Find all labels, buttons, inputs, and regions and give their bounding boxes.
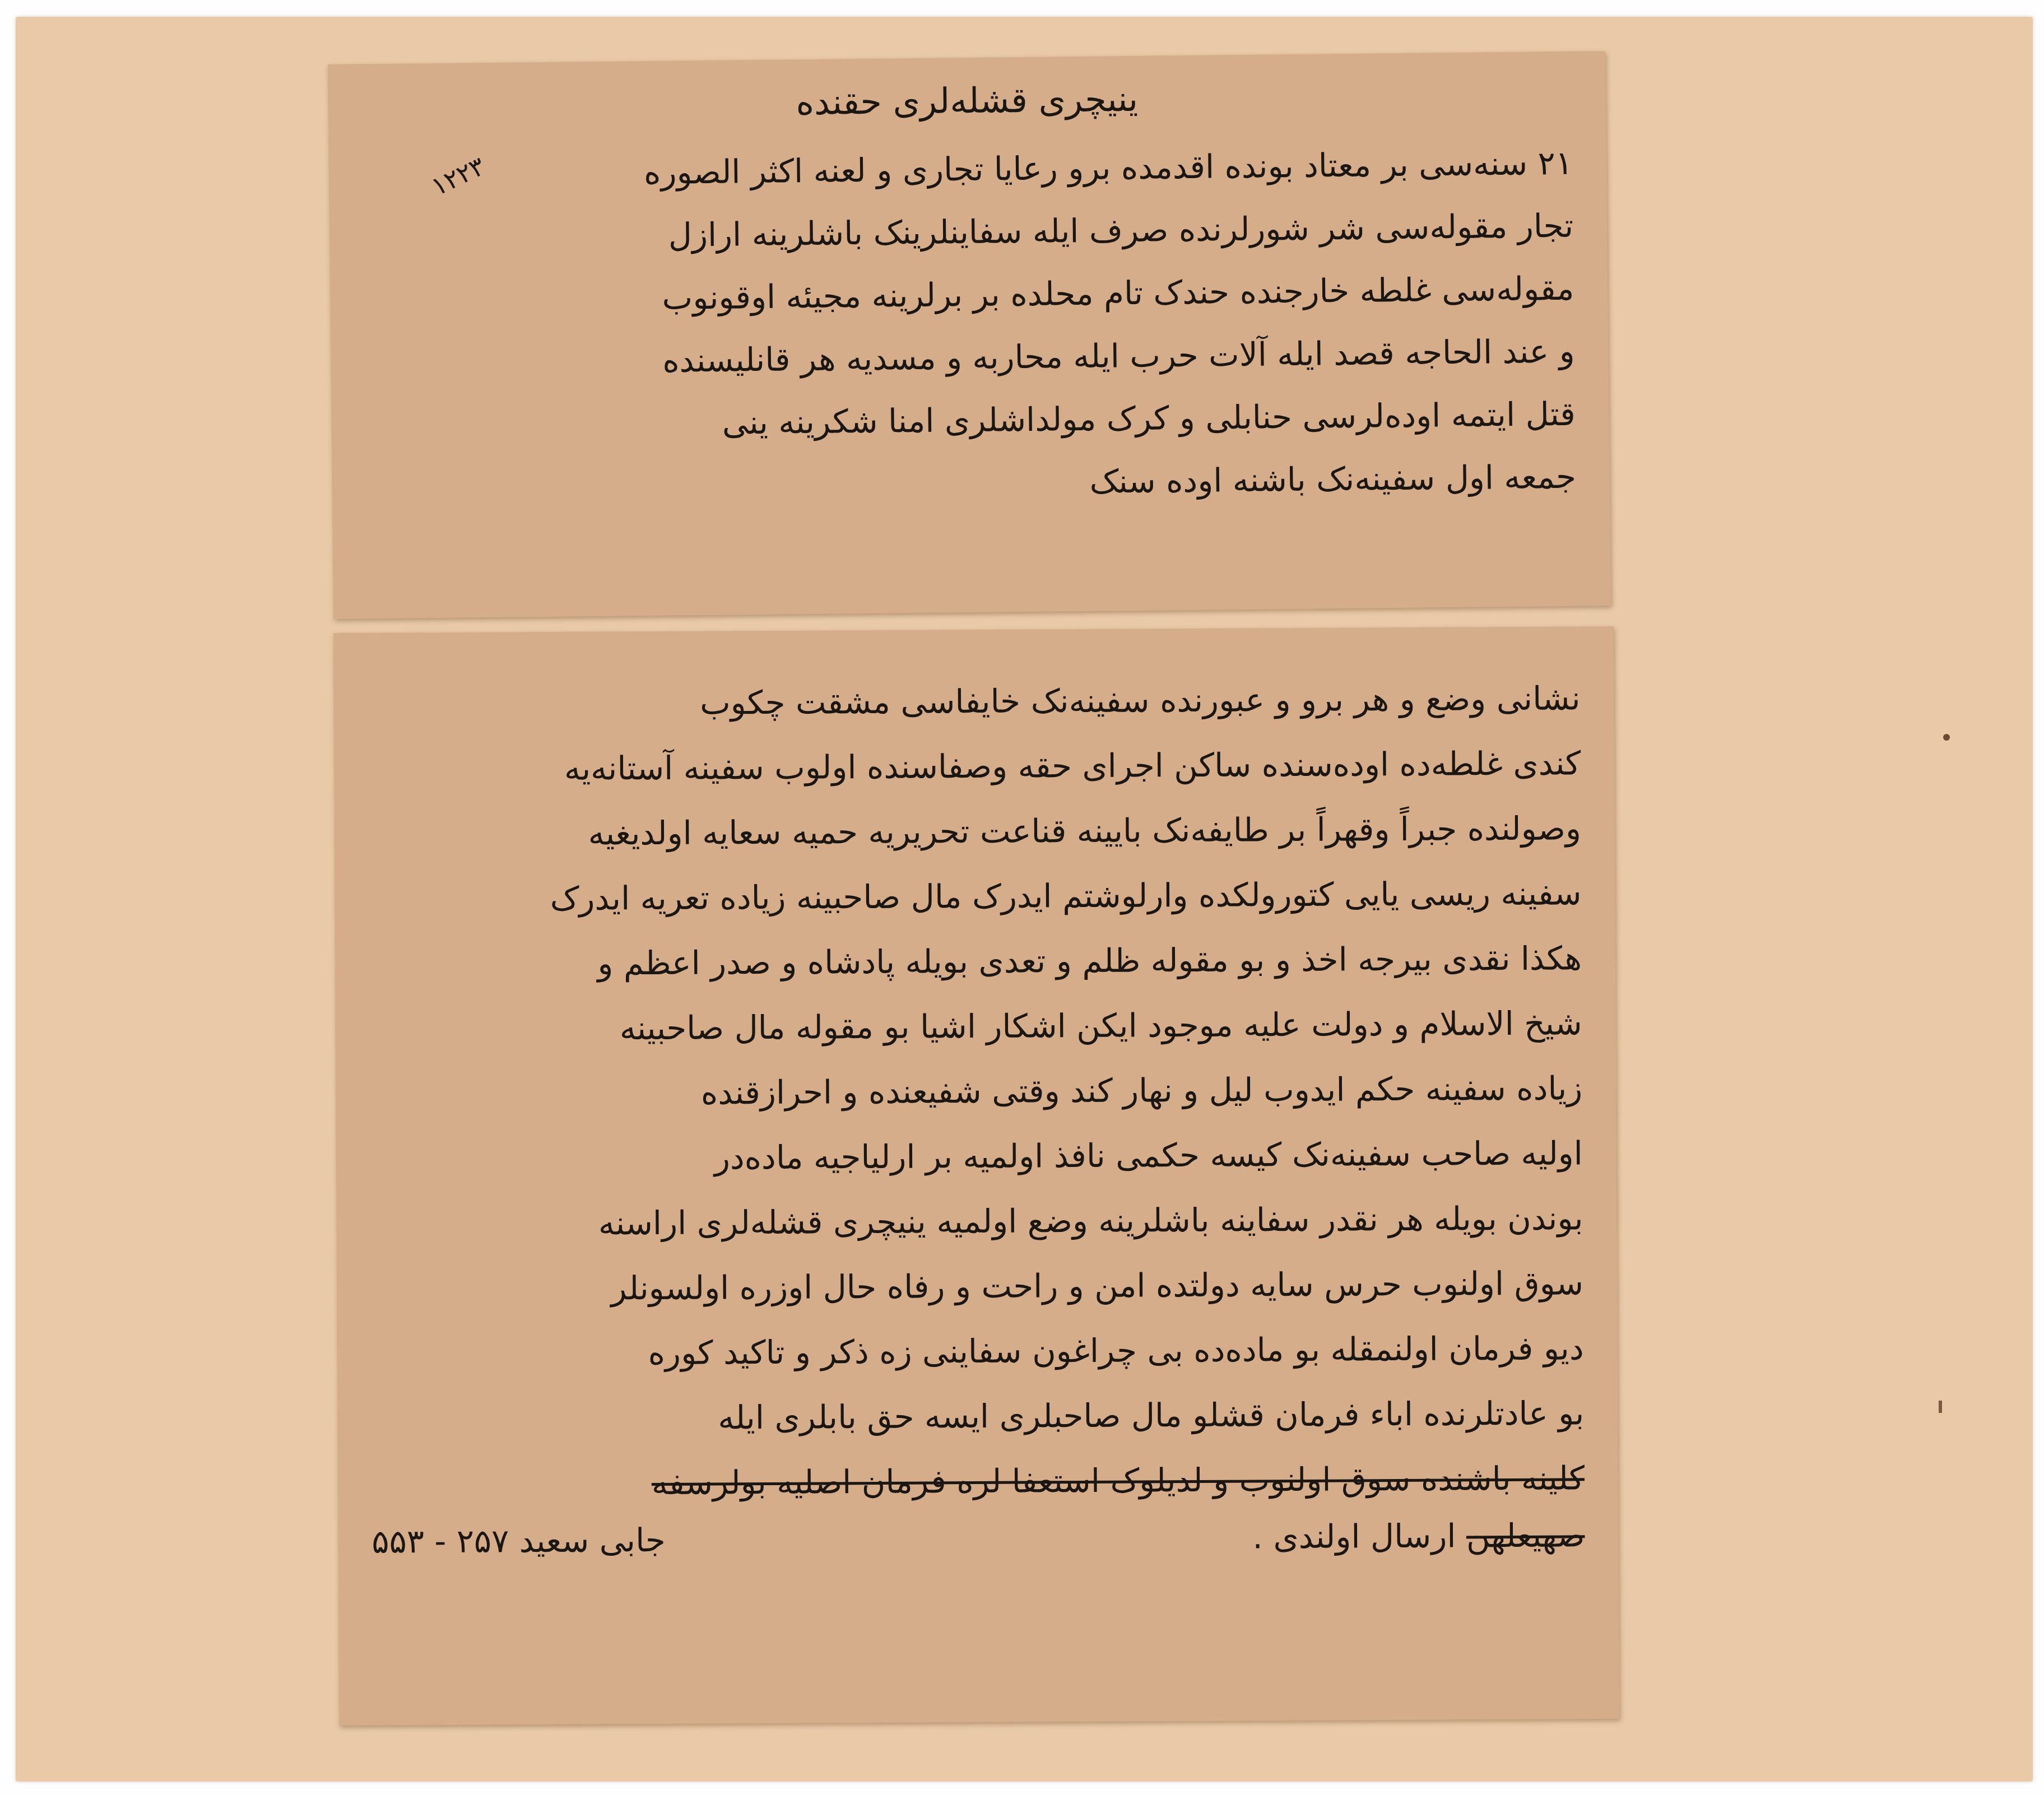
text-line: سوق اولنوب حرس سایه دولتده امن و راحت و … xyxy=(337,1250,1618,1322)
text-line: جمعه اول سفینه‌نک باشنه اوده سنک xyxy=(332,445,1610,521)
sent-note: ارسال اولندی . xyxy=(1252,1517,1456,1556)
document-title: ینیچری قشله‌لری حقنده xyxy=(328,73,1606,128)
footer-row: صهیعلهن ارسال اولندی . جابی سعید ۲۵۷ - ۵… xyxy=(338,1510,1618,1561)
text-line: بوندن بویله هر نقدر سفاینه باشلرینه وضع … xyxy=(336,1185,1617,1257)
text-line: دیو فرمان اولنمقله بو ماده‌ده بی چراغون … xyxy=(337,1315,1618,1387)
struck-word: صهیعلهن xyxy=(1466,1516,1585,1555)
bottom-slip-text: نشانی وضع و هر برو و عبورنده سفینه‌نک خا… xyxy=(333,666,1618,1517)
text-line: سفینه ریسی یایی کتورولکده وارلوشتم ایدرک… xyxy=(335,861,1615,932)
top-paper-slip: ینیچری قشله‌لری حقنده ۱۲۲۳ ۲۱ سنه‌سی بر … xyxy=(328,51,1611,619)
text-line: شیخ الاسلام و دولت علیه موجود ایکن اشکار… xyxy=(335,990,1616,1062)
footer-right: صهیعلهن ارسال اولندی . xyxy=(1252,1516,1585,1556)
text-line: وصولنده جبراً وقهراً بر طایفه‌نک بایینه … xyxy=(335,796,1615,867)
ink-spot xyxy=(1943,734,1950,741)
bottom-paper-slip: نشانی وضع و هر برو و عبورنده سفینه‌نک خا… xyxy=(333,626,1619,1726)
top-slip-text: ۲۱ سنه‌سی بر معتاد بونده اقدمده برو رعای… xyxy=(328,131,1610,521)
archive-reference: جابی سعید ۲۵۷ - ۵۵۳ xyxy=(371,1521,666,1561)
text-line: بو عادتلرنده اباء فرمان قشلو مال صاحبلری… xyxy=(337,1380,1618,1452)
struck-text-line: کلینه باشنده سوق اولنوب و لدیلوک استعفا … xyxy=(338,1445,1619,1517)
text-line: اولیه صاحب سفینه‌نک کیسه حکمی نافذ اولمی… xyxy=(336,1120,1617,1192)
text-line: هکذا نقدی بیرجه اخذ و بو مقوله ظلم و تعد… xyxy=(335,926,1616,997)
text-line: کندی غلطه‌ده اوده‌سنده ساکن اجرای حقه وص… xyxy=(334,731,1615,802)
text-line: زیاده سفینه حکم ایدوب لیل و نهار کند وقت… xyxy=(336,1055,1616,1127)
text-line: نشانی وضع و هر برو و عبورنده سفینه‌نک خا… xyxy=(333,666,1614,737)
ink-mark xyxy=(1939,1401,1942,1413)
